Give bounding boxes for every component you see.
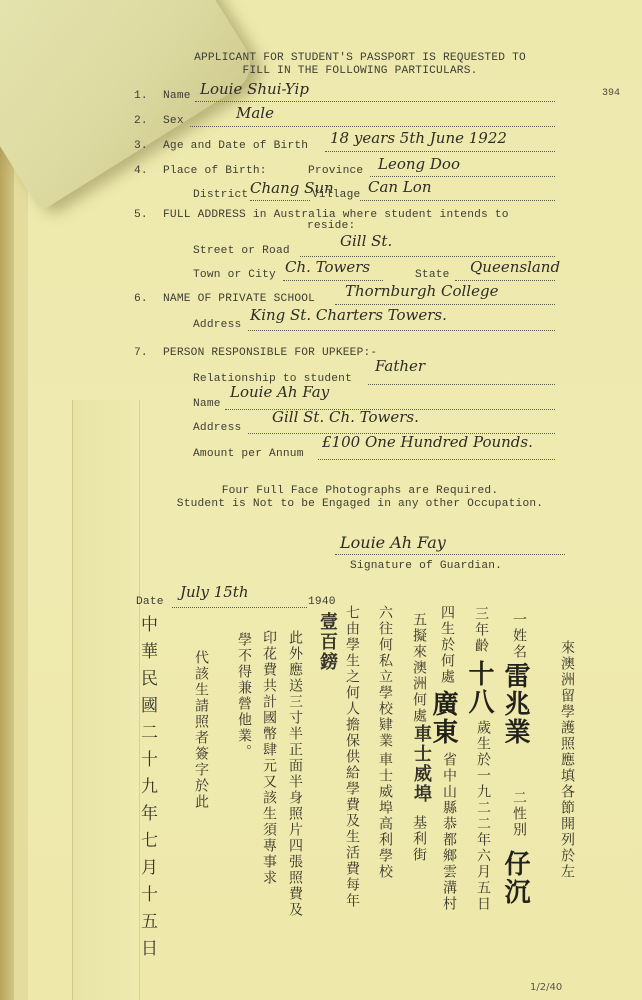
- field-3-line: [325, 151, 555, 152]
- amount-label: Amount per Annum: [193, 448, 304, 460]
- chinese-school-value: 車士威埠高利學校: [378, 752, 392, 952]
- date-value: July 15th: [180, 583, 249, 601]
- field-3-number: 3.: [134, 140, 148, 152]
- amount-value: £100 One Hundred Pounds.: [322, 433, 533, 451]
- guardian-name-value: Louie Ah Fay: [230, 383, 329, 401]
- state-line: [455, 280, 555, 281]
- village-value: Can Lon: [368, 178, 432, 196]
- province-label: Province: [308, 165, 363, 177]
- chinese-age-value: 十八: [466, 660, 492, 716]
- chinese-birthplace-rest: 省中山縣恭都鄉雲溝村: [442, 752, 456, 972]
- province-line: [370, 176, 555, 177]
- district-line: [250, 200, 310, 201]
- guardian-signature: Louie Ah Fay: [340, 533, 446, 552]
- school-address-label: Address: [193, 319, 241, 331]
- amount-line: [318, 459, 555, 460]
- date-year: 1940: [308, 596, 336, 608]
- school-address-value: King St. Charters Towers.: [250, 306, 447, 324]
- form-title-line2: FILL IN THE FOLLOWING PARTICULARS.: [160, 65, 560, 77]
- town-label: Town or City: [193, 269, 276, 281]
- state-label: State: [415, 269, 450, 281]
- field-5-number: 5.: [134, 209, 148, 221]
- field-1-number: 1.: [134, 90, 148, 102]
- relationship-value: Father: [375, 357, 425, 375]
- school-line: [335, 304, 555, 305]
- chinese-name-label: 一姓名: [512, 612, 526, 660]
- field-4-label: Place of Birth:: [163, 165, 267, 177]
- notice-line2: Student is Not to be Engaged in any othe…: [150, 498, 570, 510]
- street-label: Street or Road: [193, 245, 290, 257]
- signature-label: Signature of Guardian.: [350, 560, 502, 572]
- chinese-age-label: 三年齡: [474, 606, 488, 654]
- school-address-line: [248, 330, 555, 331]
- street-value: Gill St.: [340, 232, 392, 250]
- field-1-value: Louie Shui-Yip: [200, 80, 309, 98]
- chinese-dob: 歲生於一九二二年六月五日: [476, 720, 490, 980]
- province-value: Leong Doo: [378, 155, 460, 173]
- chinese-upkeep-label: 七由學生之何人擔保供給學費及生活費每年: [345, 605, 359, 975]
- chinese-photo-note: 此外應送三寸半正面半身照片四張照費及: [288, 630, 302, 970]
- page-reference-number: 394: [602, 88, 620, 99]
- chinese-school-label: 六往何私立學校肄業: [378, 605, 392, 749]
- field-2-line: [190, 126, 555, 127]
- field-2-value: Male: [236, 104, 274, 122]
- field-7-label: PERSON RESPONSIBLE FOR UPKEEP:-: [163, 347, 377, 359]
- town-line: [283, 280, 383, 281]
- chinese-date: 中華民國二十九年七月十五日: [138, 615, 155, 975]
- date-label: Date: [136, 596, 164, 608]
- village-line: [360, 200, 555, 201]
- field-2-number: 2.: [134, 115, 148, 127]
- chinese-upkeep-amount: 壹百鎊: [318, 612, 336, 672]
- relationship-line: [368, 384, 555, 385]
- folded-paper-strip: [72, 400, 140, 1000]
- signature-line: [335, 554, 565, 555]
- chinese-fee-note: 印花費共計國幣肆元又該生須專事求: [262, 630, 276, 970]
- bottom-annotation: 1/2/40: [530, 982, 562, 993]
- chinese-occupation-note: 學不得兼營他業。: [237, 632, 251, 760]
- state-value: Queensland: [470, 258, 560, 276]
- street-line: [300, 256, 555, 257]
- chinese-residence-label: 五擬來澳洲何處: [412, 612, 426, 724]
- chinese-sex-label: 二性別: [512, 790, 526, 838]
- village-label: Village: [312, 189, 360, 201]
- chinese-signer-note: 代該生請照者簽字於此: [194, 650, 208, 810]
- field-6-number: 6.: [134, 293, 148, 305]
- field-3-label: Age and Date of Birth: [163, 140, 308, 152]
- form-title-line1: APPLICANT FOR STUDENT'S PASSPORT IS REQU…: [160, 52, 560, 64]
- chinese-residence-street: 基利街: [412, 815, 426, 863]
- notice-line1: Four Full Face Photographs are Required.: [150, 485, 570, 497]
- field-4-number: 4.: [134, 165, 148, 177]
- field-6-label: NAME OF PRIVATE SCHOOL: [163, 293, 315, 305]
- chinese-birthplace-label: 四生於何處: [440, 605, 454, 685]
- chinese-birthplace-province: 廣東: [430, 690, 456, 746]
- town-value: Ch. Towers: [285, 258, 370, 276]
- chinese-name-value: 雷兆業: [502, 662, 528, 746]
- field-1-line: [195, 101, 555, 102]
- chinese-sex-value: 仔沉: [502, 850, 528, 906]
- field-3-value: 18 years 5th June 1922: [330, 129, 507, 147]
- district-label: District: [193, 189, 248, 201]
- guardian-address-value: Gill St. Ch. Towers.: [272, 408, 419, 426]
- chinese-header: 來澳洲留學護照應填各節開列於左: [560, 640, 574, 960]
- school-value: Thornburgh College: [345, 282, 498, 300]
- chinese-residence-value: 車士威埠: [412, 724, 430, 804]
- field-5-label-line2: reside:: [307, 220, 355, 232]
- guardian-name-label: Name: [193, 398, 221, 410]
- field-7-number: 7.: [134, 347, 148, 359]
- guardian-address-label: Address: [193, 422, 241, 434]
- date-line: [172, 607, 307, 608]
- field-2-label: Sex: [163, 115, 184, 127]
- field-1-label: Name: [163, 90, 191, 102]
